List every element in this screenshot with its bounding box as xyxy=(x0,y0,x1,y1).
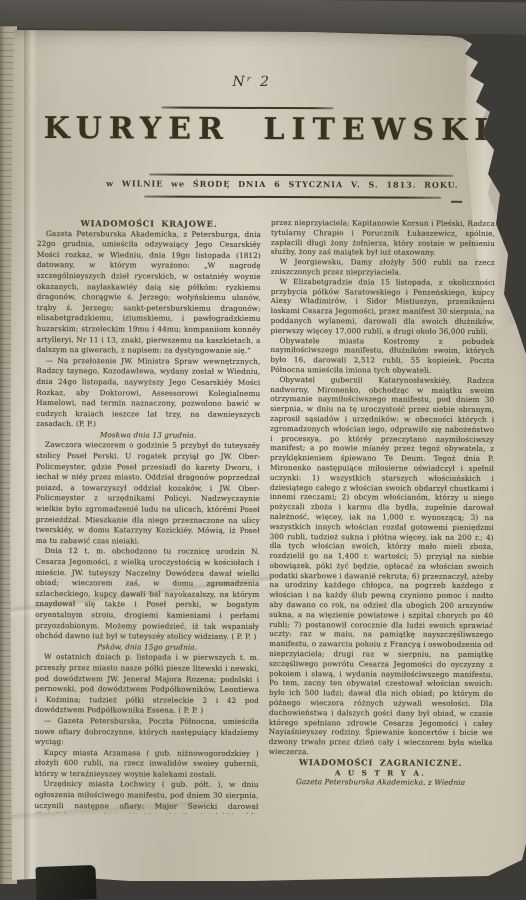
paragraph-continuation: przez nieprzyiaciela; Kapitanowie Korsun… xyxy=(271,218,495,258)
dateline-rule-top xyxy=(149,173,453,176)
paragraph: Urzędnicy miasta Łochwicy ( gub. półt. )… xyxy=(34,779,258,814)
table-background-band xyxy=(0,0,526,35)
scanned-newspaper-photo: { "page": { "issue_number": "Nʳ 2", "mas… xyxy=(0,0,526,900)
paragraph: Kupcy miasta Arzamasa ( gub. niżnowogoro… xyxy=(35,748,259,781)
masthead-title: KURYER LITEWSKI xyxy=(19,111,519,148)
paragraph: W ostatnich dniach p. listopada i w pier… xyxy=(35,652,259,717)
paragraph: — Gazeta Petersburska, Poczta Północna, … xyxy=(35,716,259,749)
left-column: WIADOMOŚCI KRAJOWE. Gazeta Petersburska … xyxy=(34,217,261,814)
printed-content: Nʳ 2 KURYER LITEWSKI w WILNIE we ŚRODĘ D… xyxy=(8,23,526,891)
paragraph: Gazeta Petersburska Akademicka, z Peters… xyxy=(36,229,261,357)
book-spine-corner xyxy=(35,865,96,900)
issue-dateline: w WILNIE we ŚRODĘ DNIA 6 STYCZNIA V. S. … xyxy=(106,178,426,189)
dateline-rule-bottom xyxy=(144,195,441,198)
newspaper-page: Nʳ 2 KURYER LITEWSKI w WILNIE we ŚRODĘ D… xyxy=(10,24,526,890)
masthead-rule-top xyxy=(162,107,334,110)
paragraph: — Na przełożenie JW. Ministra Spraw wewn… xyxy=(36,356,260,431)
paragraph: Obywatele miasta Kostromy z pobudek naym… xyxy=(270,336,494,376)
paragraph: Dnia 12 t. m. obchodzono tu rocznicę uro… xyxy=(35,546,259,642)
source-line: Gazeta Petersburska Akademicka, z Wiedni… xyxy=(269,777,493,788)
article-columns: WIADOMOŚCI KRAJOWE. Gazeta Petersburska … xyxy=(34,217,495,815)
paragraph: W Elizabetgradzie dnia 15 listopada, z o… xyxy=(271,277,495,337)
right-column: przez nieprzyiaciela; Kapitanowie Korsun… xyxy=(268,218,495,815)
dateline-rule-dash xyxy=(451,201,462,203)
paragraph: Zawczora wieczorem o godzinie 5 przybył … xyxy=(36,440,260,547)
paragraph: W Jeorgiewsku, Damy złożyły 500 rubli na… xyxy=(271,257,495,278)
paragraph: Obywatel gubernii Katarynosławskiéy, Rad… xyxy=(269,375,495,758)
issue-number: Nʳ 2 xyxy=(152,73,352,90)
